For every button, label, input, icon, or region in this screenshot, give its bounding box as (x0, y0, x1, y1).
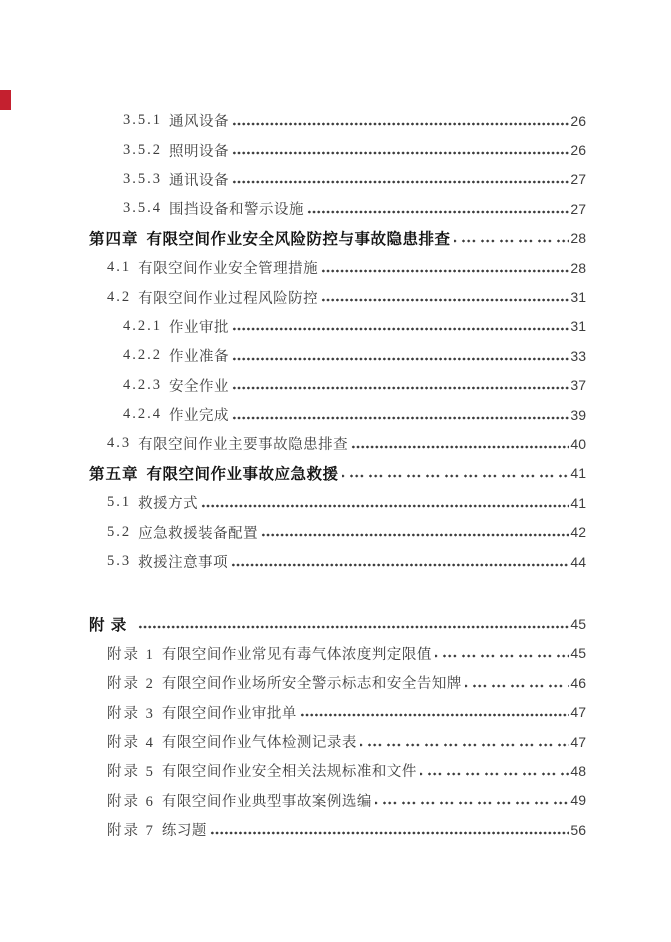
toc-entry-number: 3.5.3 (123, 171, 162, 188)
toc-entry-title: 有限空间作业审批单 (162, 702, 297, 723)
toc-leader-dots (261, 532, 569, 538)
toc-entry: 5.3 救援注意事项 44 (89, 547, 586, 576)
toc-leader-dots (375, 800, 570, 806)
toc-entry: 3.5.1 通风设备 26 (89, 106, 586, 135)
toc-entry-page-number: 47 (570, 704, 586, 720)
toc-list: 3.5.1 通风设备 26 3.5.2 照明设备 26 3.5.3 通讯设备 2… (89, 106, 586, 844)
toc-entry-number: 第四章 (89, 227, 139, 249)
toc-entry-title: 作业审批 (169, 316, 229, 337)
toc-entry: 5.2 应急救援装备配置 42 (89, 517, 586, 546)
toc-entry: 附录 2 有限空间作业场所安全警示标志和安全告知牌 46 (89, 668, 586, 697)
toc-entry-title: 作业准备 (169, 345, 229, 366)
toc-entry-number: 5.1 (107, 494, 131, 511)
toc-entry-number: 3.5.2 (123, 142, 162, 159)
toc-leader-dots (420, 771, 570, 777)
toc-entry-title: 有限空间作业气体检测记录表 (162, 731, 357, 752)
toc-entry-page-number: 45 (570, 645, 586, 661)
toc-entry: 第四章 有限空间作业安全风险防控与事故隐患排查 28 (89, 224, 586, 253)
toc-leader-dots (307, 209, 569, 215)
toc-entry-title: 安全作业 (169, 375, 229, 396)
toc-entry-number: 4.2.3 (123, 377, 162, 394)
toc-entry: 3.5.4 围挡设备和警示设施 27 (89, 194, 586, 223)
toc-entry-number: 3.5.1 (123, 112, 162, 129)
toc-entry-page-number: 44 (570, 554, 586, 570)
toc-leader-dots (232, 415, 569, 421)
toc-entry-page-number: 33 (570, 348, 586, 364)
toc-entry-page-number: 48 (570, 763, 586, 779)
toc-entry-number: 5.2 (107, 524, 131, 541)
toc-entry-page-number: 28 (570, 230, 586, 246)
toc-entry-number: 附录 2 (107, 672, 155, 693)
toc-leader-dots (210, 830, 570, 836)
toc-entry-title: 应急救援装备配置 (138, 522, 258, 543)
toc-entry-title: 围挡设备和警示设施 (169, 198, 304, 219)
toc-entry: 4.2.3 安全作业 37 (89, 371, 586, 400)
toc-entry: 4.2 有限空间作业过程风险防控 31 (89, 282, 586, 311)
toc-entry-title: 救援方式 (138, 492, 198, 513)
toc-entry-number: 3.5.4 (123, 200, 162, 217)
toc-entry-title: 练习题 (162, 819, 207, 840)
toc-entry-number: 附录 6 (107, 790, 155, 811)
toc-entry: 附 录 45 (89, 609, 586, 638)
toc-entry-number: 附录 3 (107, 702, 155, 723)
toc-entry-page-number: 28 (570, 260, 586, 276)
toc-entry: 附录 6 有限空间作业典型事故案例选编 49 (89, 786, 586, 815)
toc-entry-page-number: 42 (570, 524, 586, 540)
toc-entry: 第五章 有限空间作业事故应急救援 41 (89, 459, 586, 488)
toc-entry-number: 5.3 (107, 553, 131, 570)
toc-leader-dots (232, 121, 569, 127)
toc-entry: 3.5.2 照明设备 26 (89, 135, 586, 164)
toc-entry-number: 附录 1 (107, 643, 155, 664)
toc-leader-dots (300, 712, 570, 718)
toc-entry-page-number: 31 (570, 318, 586, 334)
toc-entry-title: 有限空间作业事故应急救援 (147, 462, 339, 484)
toc-entry-page-number: 27 (570, 201, 586, 217)
toc-entry-number: 4.2.1 (123, 318, 162, 335)
toc-entry-page-number: 26 (570, 142, 586, 158)
toc-entry-number: 第五章 (89, 462, 139, 484)
toc-entry: 4.2.1 作业审批 31 (89, 312, 586, 341)
toc-leader-dots (232, 150, 569, 156)
toc-entry-page-number: 41 (570, 465, 586, 481)
toc-entry-page-number: 47 (570, 734, 586, 750)
toc-entry-page-number: 46 (570, 675, 586, 691)
toc-entry-title: 有限空间作业常见有毒气体浓度判定限值 (162, 643, 432, 664)
toc-entry-page-number: 37 (570, 377, 586, 393)
toc-page: 3.5.1 通风设备 26 3.5.2 照明设备 26 3.5.3 通讯设备 2… (0, 0, 671, 942)
toc-entry-title: 有限空间作业过程风险防控 (138, 287, 318, 308)
toc-entry-page-number: 56 (570, 822, 586, 838)
toc-entry-title: 通讯设备 (169, 169, 229, 190)
toc-entry-number: 4.2.4 (123, 406, 162, 423)
toc-entry-title: 照明设备 (169, 140, 229, 161)
toc-entry-title: 通风设备 (169, 110, 229, 131)
toc-entry: 5.1 救援方式 41 (89, 488, 586, 517)
page-edge-red-marker (0, 90, 11, 110)
toc-entry-page-number: 39 (570, 407, 586, 423)
toc-entry-title: 有限空间作业安全风险防控与事故隐患排查 (147, 227, 451, 249)
toc-leader-dots (138, 624, 569, 630)
toc-leader-dots (232, 326, 569, 332)
toc-entry: 4.3 有限空间作业主要事故隐患排查 40 (89, 429, 586, 458)
toc-entry-title: 有限空间作业安全管理措施 (138, 257, 318, 278)
toc-entry-number: 4.1 (107, 259, 131, 276)
toc-leader-dots (360, 742, 570, 748)
toc-leader-dots (232, 179, 569, 185)
toc-entry-page-number: 45 (570, 616, 586, 632)
toc-leader-dots (465, 683, 570, 689)
toc-entry: 附录 7 练习题 56 (89, 815, 586, 844)
toc-entry: 附录 4 有限空间作业气体检测记录表 47 (89, 727, 586, 756)
toc-entry-title: 有限空间作业场所安全警示标志和安全告知牌 (162, 672, 462, 693)
toc-entry-title: 有限空间作业安全相关法规标准和文件 (162, 760, 417, 781)
toc-entry-number: 4.2 (107, 289, 131, 306)
toc-leader-dots (201, 503, 569, 509)
toc-entry-number: 4.3 (107, 435, 131, 452)
toc-entry-number: 附录 5 (107, 760, 155, 781)
toc-leader-dots (342, 473, 570, 479)
toc-entry-page-number: 26 (570, 113, 586, 129)
toc-leader-dots (454, 238, 570, 244)
toc-entry-page-number: 40 (570, 436, 586, 452)
toc-entry-number: 4.2.2 (123, 347, 162, 364)
toc-entry: 3.5.3 通讯设备 27 (89, 165, 586, 194)
toc-entry-page-number: 49 (570, 792, 586, 808)
toc-entry-number: 附录 7 (107, 819, 155, 840)
toc-entry-title: 救援注意事项 (138, 551, 228, 572)
toc-entry: 附录 1 有限空间作业常见有毒气体浓度判定限值 45 (89, 639, 586, 668)
toc-entry: 附录 5 有限空间作业安全相关法规标准和文件 48 (89, 756, 586, 785)
toc-entry-title: 有限空间作业典型事故案例选编 (162, 790, 372, 811)
toc-entry-page-number: 31 (570, 289, 586, 305)
toc-entry: 4.2.4 作业完成 39 (89, 400, 586, 429)
toc-leader-dots (232, 385, 569, 391)
toc-entry-page-number: 41 (570, 495, 586, 511)
toc-leader-dots (232, 356, 569, 362)
toc-leader-dots (435, 653, 570, 659)
toc-leader-dots (321, 268, 569, 274)
toc-entry: 4.2.2 作业准备 33 (89, 341, 586, 370)
toc-entry-title: 有限空间作业主要事故隐患排查 (138, 433, 348, 454)
toc-entry: 附录 3 有限空间作业审批单 47 (89, 697, 586, 726)
toc-entry: 4.1 有限空间作业安全管理措施 28 (89, 253, 586, 282)
toc-entry-title: 作业完成 (169, 404, 229, 425)
toc-entry-number: 附 录 (89, 613, 127, 635)
toc-leader-dots (321, 297, 569, 303)
toc-entry-number: 附录 4 (107, 731, 155, 752)
toc-leader-dots (231, 562, 569, 568)
toc-leader-dots (351, 444, 569, 450)
toc-entry-page-number: 27 (570, 171, 586, 187)
